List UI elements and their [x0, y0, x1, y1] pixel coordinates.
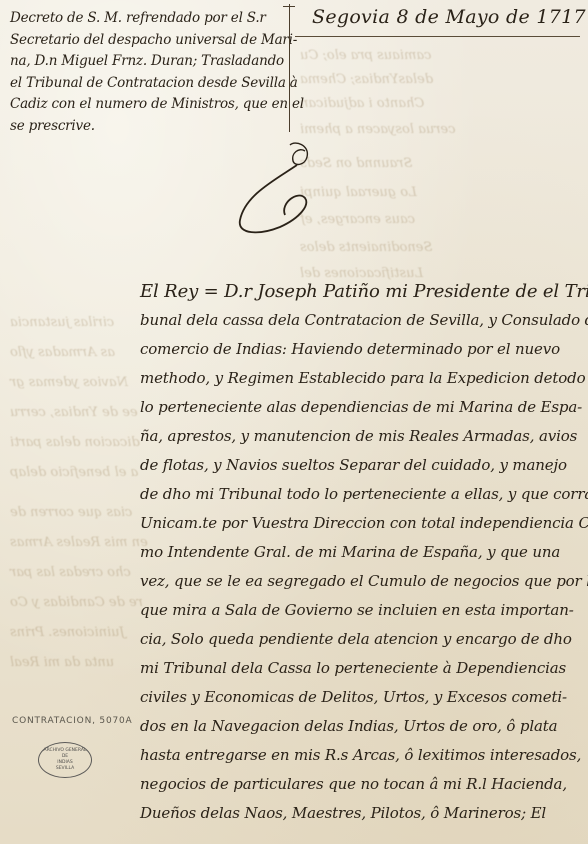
bleed-through-text: unta da mi Real: [10, 655, 114, 670]
body-line: que mira a Sala de Govierno se incluien …: [140, 596, 580, 625]
body-line: dos en la Navegacion delas Indias, Urtos…: [140, 712, 580, 741]
bleed-through-text: Chanto i adjudican: [300, 96, 424, 111]
body-line: mi Tribunal dela Cassa lo perteneciente …: [140, 654, 580, 683]
body-line: hasta entregarse en mis R.s Arcas, ô lex…: [140, 741, 580, 770]
bleed-through-text: a el beneficio delap: [10, 465, 138, 480]
bleed-through-text: cho credas las par: [10, 565, 131, 580]
body-line: de dho mi Tribunal todo lo perteneciente…: [140, 480, 580, 509]
body-line: negocios de particulares que no tocan â …: [140, 770, 580, 799]
body-line: bunal dela cassa dela Contratacion de Se…: [140, 306, 580, 335]
decree-body: El Rey = D.r Joseph Patiño mi Presidente…: [140, 277, 580, 828]
archive-stamp: ARCHIVO GENERAL DE INDIAS SEVILLA: [38, 742, 92, 778]
summary-line: el Tribunal de Contratacion desde Sevill…: [10, 73, 288, 95]
bleed-through-text: re de Candidas y Co: [10, 595, 143, 610]
manuscript-page: camiaus pra elo; Cu delasYndias; Chema C…: [0, 0, 588, 844]
header-rule: [295, 36, 580, 37]
summary-line: Cadiz con el numero de Ministros, que en…: [10, 94, 288, 116]
body-line: civiles y Economicas de Delitos, Urtos, …: [140, 683, 580, 712]
summary-line: Decreto de S. M. refrendado por el S.r: [10, 8, 288, 30]
archive-reference: CONTRATACION, 5070A: [12, 716, 132, 726]
bleed-through-text: cias que corren de: [10, 505, 132, 520]
stamp-line: SEVILLA: [56, 766, 74, 772]
calligraphic-flourish-icon: [235, 135, 325, 245]
margin-rule-vertical: [289, 4, 290, 132]
margin-cross-mark: [283, 6, 295, 7]
summary-line: Secretario del despacho universal de Mar…: [10, 30, 288, 52]
body-line: methodo, y Regimen Establecido para la E…: [140, 364, 580, 393]
bleed-through-text: Navios ydemas gr: [10, 375, 128, 390]
body-line: lo perteneciente alas dependiencias de m…: [140, 393, 580, 422]
body-line: de flotas, y Navios sueltos Separar del …: [140, 451, 580, 480]
body-line: Dueños delas Naos, Maestres, Pilotos, ô …: [140, 799, 580, 828]
body-line: cia, Solo queda pendiente dela atencion …: [140, 625, 580, 654]
bleed-through-text: dicacion delas parti: [10, 435, 140, 450]
bleed-through-text: as Armadas yflo: [10, 345, 115, 360]
date-heading: Segovia 8 de Mayo de 1717: [312, 6, 586, 28]
bleed-through-text: delasYndias; Chema: [300, 72, 433, 87]
body-line: ña, aprestos, y manutencion de mis Reale…: [140, 422, 580, 451]
decree-summary: Decreto de S. M. refrendado por el S.r S…: [10, 8, 288, 138]
bleed-through-text: cirilas justancia: [10, 315, 114, 330]
bleed-through-text: camiaus pra elo; Cu: [300, 48, 431, 63]
body-line: Unicam.te por Vuestra Direccion con tota…: [140, 509, 580, 538]
summary-line: na, D.n Miguel Frnz. Duran; Trasladando: [10, 51, 288, 73]
bleed-through-text: Juiniciones. Prins: [10, 625, 125, 640]
bleed-through-text: ee de Yndias, cerru: [10, 405, 138, 420]
body-line: vez, que se le ea segregado el Cumulo de…: [140, 567, 580, 596]
body-line: comercio de Indias: Haviendo determinado…: [140, 335, 580, 364]
bleed-through-text: en mis Reales Armas: [10, 535, 148, 550]
body-line: El Rey = D.r Joseph Patiño mi Presidente…: [140, 277, 580, 306]
body-line: mo Intendente Gral. de mi Marina de Espa…: [140, 538, 580, 567]
